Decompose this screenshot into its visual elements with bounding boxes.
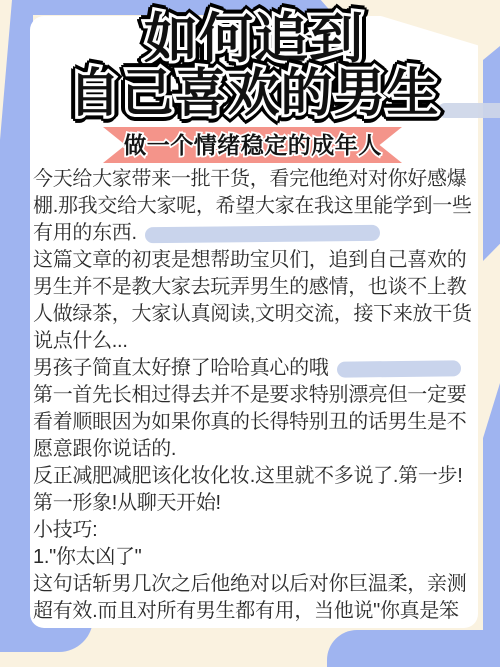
- frame-right-band-upper: [483, 46, 500, 261]
- body-line-text: 小技巧:: [33, 517, 97, 544]
- subtitle-ribbon: 做一个情绪稳定的成年人: [103, 127, 402, 163]
- body-line-text: 人做绿茶，大家认真阅读,文明交流，接下来放干货: [33, 301, 472, 328]
- body-line-text: 反正减肥减肥该化妆化妆.这里就不多说了.第一步!: [33, 463, 462, 490]
- body-text-line: 这篇文章的初衷是想帮助宝贝们，追到自己喜欢的: [33, 247, 478, 274]
- body-text-line: 反正减肥减肥该化妆化妆.这里就不多说了.第一步!: [33, 463, 478, 490]
- body-line-text: 这句话斩男几次之后他绝对以后对你巨温柔，亲测: [33, 571, 466, 598]
- body-line-text: 有用的东西.: [33, 220, 137, 247]
- corner-blob-bottom-right: [327, 630, 500, 667]
- frame-right-band-lower: [483, 383, 500, 667]
- body-text-line: 第一形象!从聊天开始!: [33, 490, 478, 517]
- frame-left-band: [0, 0, 33, 650]
- body-line-text: 看着顺眼因为如果你真的长得特别丑的话男生是不: [33, 409, 466, 436]
- body-text-line: 有用的东西.: [33, 220, 478, 247]
- body-line-text: 第一形象!从聊天开始!: [33, 490, 221, 517]
- body-text-line: 男生并不是教大家去玩弄男生的感情，也谈不上教: [33, 274, 478, 301]
- subtitle-text: 做一个情绪稳定的成年人: [123, 127, 382, 163]
- body-text-line: 愿意跟你说话的.: [33, 436, 478, 463]
- body-line-text: 这篇文章的初衷是想帮助宝贝们，追到自己喜欢的: [33, 247, 466, 274]
- body-text-line: 看着顺眼因为如果你真的长得特别丑的话男生是不: [33, 409, 478, 436]
- body-text-line: 棚.那我交给大家呢，希望大家在我这里能学到一些: [33, 193, 478, 220]
- highlight-mark: [336, 360, 460, 377]
- body-text: 今天给大家带来一批干货，看完他绝对对你好感爆 棚.那我交给大家呢，希望大家在我这…: [33, 166, 478, 625]
- body-line-text: 愿意跟你说话的.: [33, 436, 176, 463]
- title-line-1: 如何追到: [30, 12, 478, 66]
- body-text-line: 小技巧:: [33, 517, 478, 544]
- body-line-text: 第一首先长相过得去并不是要求特别漂亮但一定要: [33, 382, 466, 409]
- body-text-line: 1."你太凶了": [33, 544, 478, 571]
- body-line-text: 说点什么...: [33, 328, 128, 355]
- body-line-text: 超有效.而且对所有男生都有用，当他说"你真是笨: [33, 598, 459, 625]
- highlight-mark: [145, 224, 380, 242]
- body-line-text: 男孩子简直太好撩了哈哈真心的哦: [33, 355, 329, 382]
- body-text-line: 说点什么...: [33, 328, 478, 355]
- body-line-text: 1."你太凶了": [33, 544, 141, 571]
- body-text-line: 这句话斩男几次之后他绝对以后对你巨温柔，亲测: [33, 571, 478, 598]
- body-line-text: 棚.那我交给大家呢，希望大家在我这里能学到一些: [33, 193, 472, 220]
- title-line-2: 自己喜欢的男生: [30, 66, 478, 124]
- body-text-line: 今天给大家带来一批干货，看完他绝对对你好感爆: [33, 166, 478, 193]
- body-line-text: 今天给大家带来一批干货，看完他绝对对你好感爆: [33, 166, 466, 193]
- body-text-line: 第一首先长相过得去并不是要求特别漂亮但一定要: [33, 382, 478, 409]
- body-line-text: 男生并不是教大家去玩弄男生的感情，也谈不上教: [33, 274, 466, 301]
- body-text-line: 超有效.而且对所有男生都有用，当他说"你真是笨: [33, 598, 478, 625]
- body-text-line: 男孩子简直太好撩了哈哈真心的哦: [33, 355, 478, 382]
- poster-page: 如何追到 自己喜欢的男生 做一个情绪稳定的成年人 今天给大家带来一批干货，看完他…: [0, 0, 500, 667]
- body-text-line: 人做绿茶，大家认真阅读,文明交流，接下来放干货: [33, 301, 478, 328]
